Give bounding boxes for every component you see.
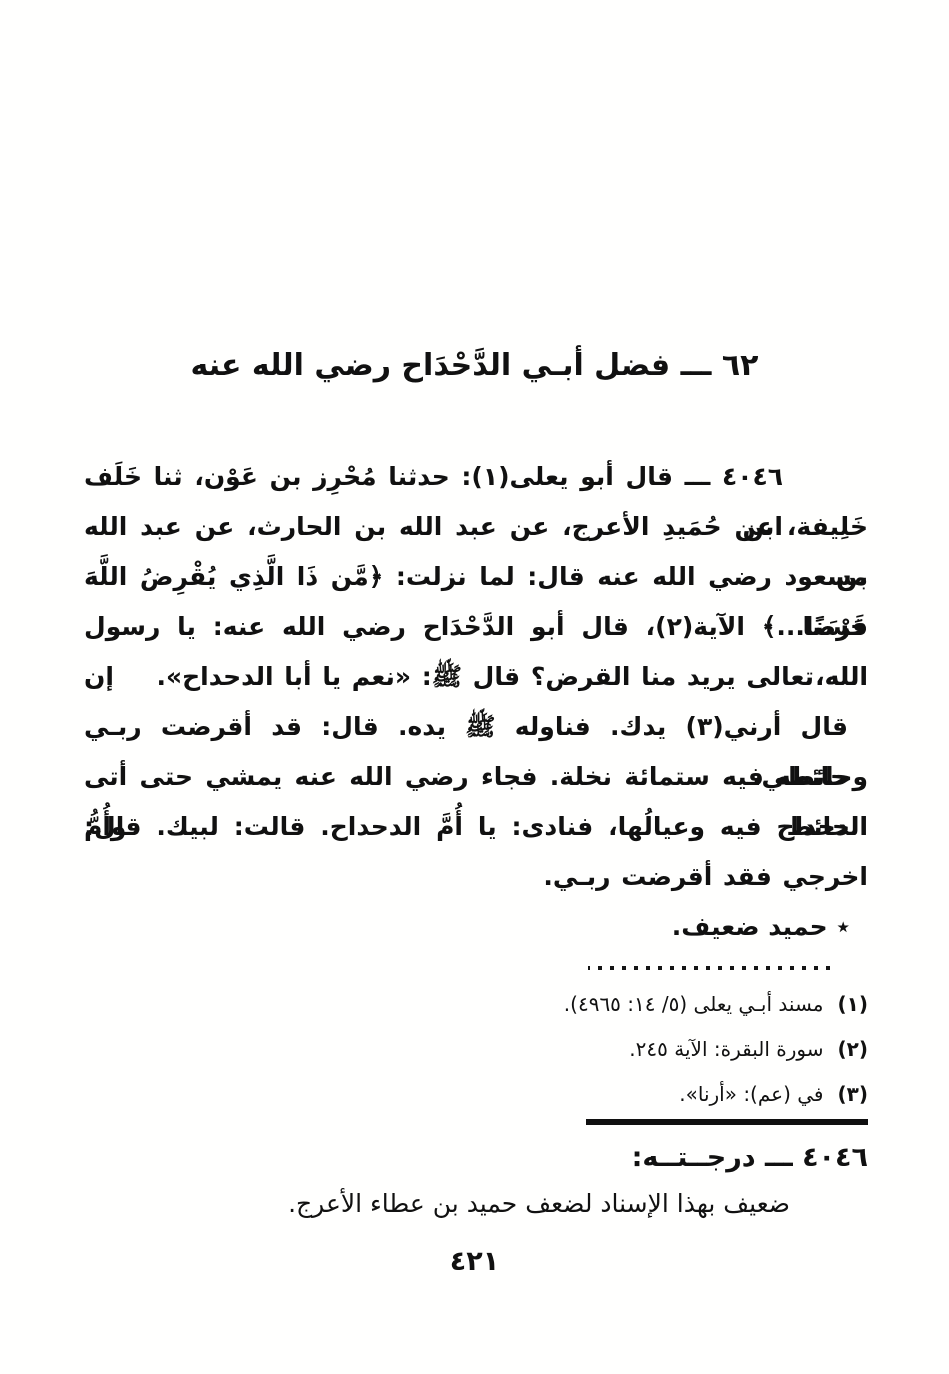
footnotes-block: (١)مسند أبـي يعلى (٥/ ١٤: ٤٩٦٥). (٢)سورة…: [84, 982, 868, 1117]
hadith-line: الله تعالى يريد منا القرض؟ قال ﷺ: «نعم ي…: [84, 652, 868, 702]
footnote-item: (٣)في (عم): «أرنا».: [84, 1072, 868, 1117]
hadith-line: اخرجي فقد أقرضت ربـي.: [84, 852, 868, 902]
hadith-line: ٤٠٤٦ ـــ قال أبو يعلى(١): حدثنا مُحْرِز …: [84, 452, 868, 502]
hadith-line: مسعود رضي الله عنه قال: لما نزلت: ﴿مَّن …: [84, 552, 868, 602]
footnote-item: (١)مسند أبـي يعلى (٥/ ١٤: ٤٩٦٥).: [84, 982, 868, 1027]
section-divider-rule: [586, 1119, 868, 1125]
book-page: ٦٢ ـــ فضل أبـي الدَّحْدَاح رضي الله عنه…: [0, 0, 949, 1374]
hadith-grade-note: ٭ حميد ضعيف.: [84, 902, 868, 952]
hadith-line: الدحداح فيه وعيالُها، فنادى: يا أُمَّ ال…: [84, 802, 868, 852]
footnote-text: سورة البقرة: الآية ٢٤٥.: [629, 1037, 823, 1061]
hadith-line: خَلِيفة، عن حُمَيدِ الأعرج، عن عبد الله …: [84, 502, 868, 552]
page-number: ٤٢١: [0, 1240, 949, 1284]
hadith-line: قال أرني(٣) يدك. فناوله ﷺ يده. قال: قد أ…: [84, 702, 868, 752]
footnote-item: (٢)سورة البقرة: الآية ٢٤٥.: [84, 1027, 868, 1072]
hadith-line: حَسَنًا...﴾ الآية(٢)، قال أبو الدَّحْدَا…: [84, 602, 868, 652]
footnote-text: مسند أبـي يعلى (٥/ ١٤: ٤٩٦٥).: [564, 992, 824, 1016]
footnote-dotted-separator: [588, 966, 830, 970]
footnote-text: في (عم): «أرنا».: [679, 1082, 823, 1106]
footnote-marker: (١): [838, 982, 869, 1027]
footnote-marker: (٣): [838, 1072, 869, 1117]
footnote-marker: (٢): [838, 1027, 869, 1072]
grading-heading: ٤٠٤٦ ـــ درجــتــه:: [84, 1134, 868, 1182]
hadith-line: وحائطه فيه ستمائة نخلة. فجاء رضي الله عن…: [84, 752, 868, 802]
page-title: ٦٢ ـــ فضل أبـي الدَّحْدَاح رضي الله عنه: [0, 334, 949, 398]
grading-text: ضعيف بهذا الإسناد لضعف حميد بن عطاء الأع…: [84, 1180, 790, 1228]
hadith-body: ٤٠٤٦ ـــ قال أبو يعلى(١): حدثنا مُحْرِز …: [84, 452, 868, 952]
